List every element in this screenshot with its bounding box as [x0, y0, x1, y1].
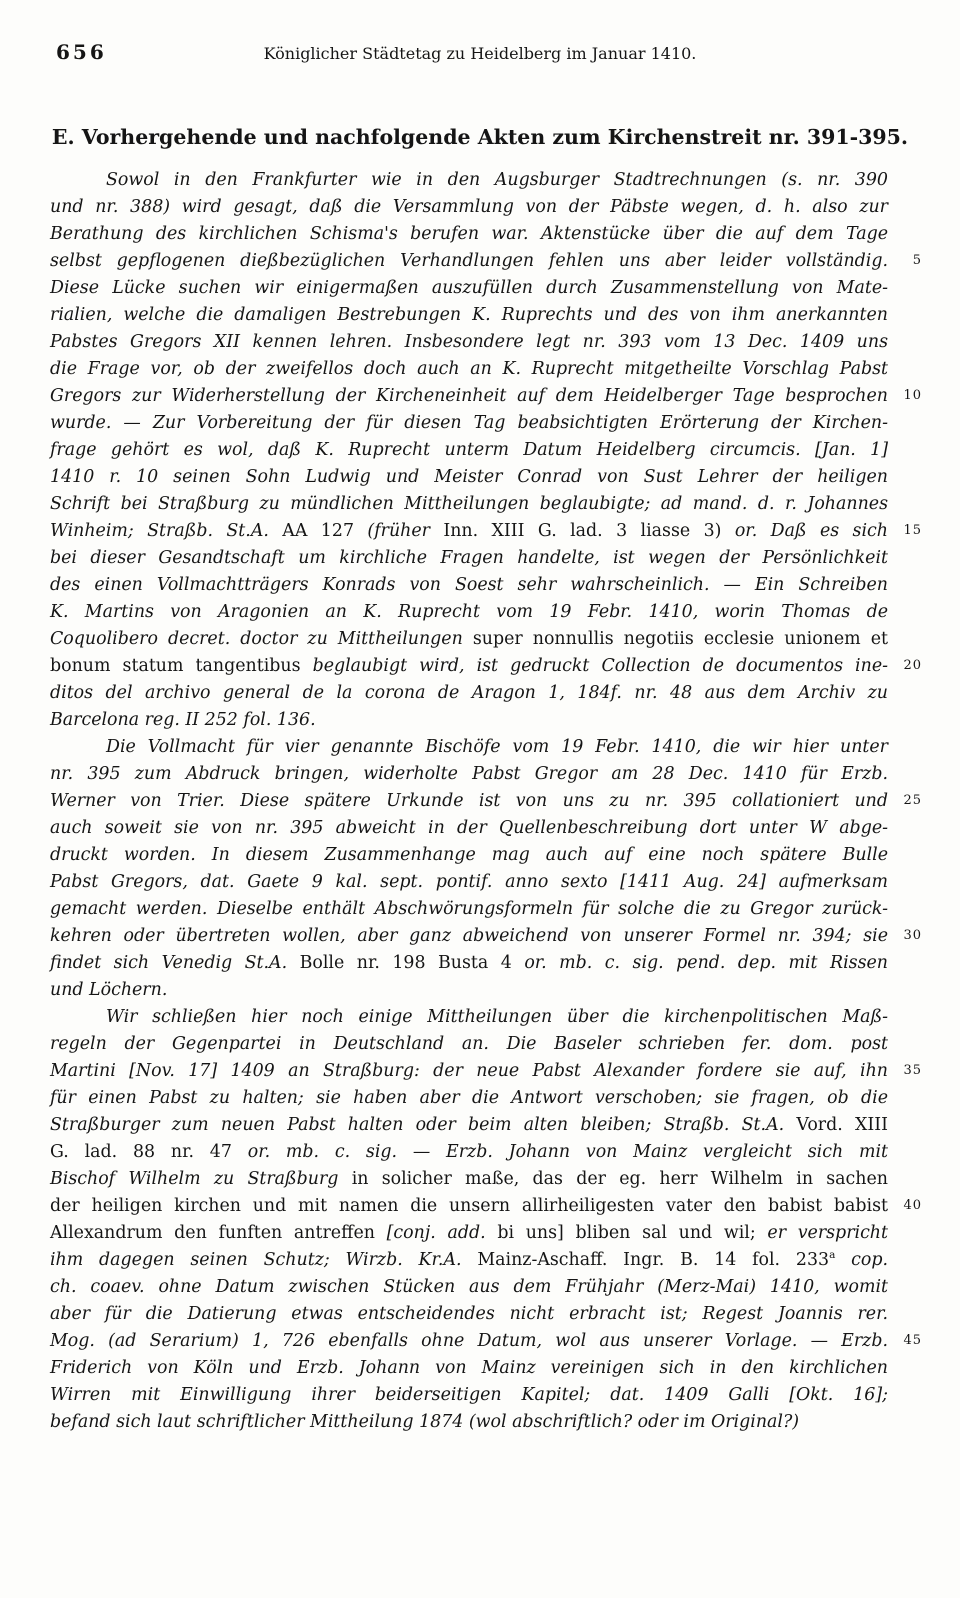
text-line: und nr. 388) wird gesagt, daß die Versam… [50, 194, 888, 221]
text-line: Straßburger zum neuen Pabst halten oder … [50, 1112, 888, 1139]
line-number: 5 [913, 254, 922, 267]
text-segment: Winheim; Straßb. St.A. [50, 521, 282, 541]
text-segment: or. mb. c. sig. — Erzb. Johann von Mainz… [248, 1142, 888, 1162]
text-segment: die Frage vor, ob der zweifellos doch au… [50, 359, 888, 379]
text-segment: Vord. XIII [796, 1115, 888, 1135]
text-line: aber für die Datierung etwas entscheiden… [50, 1301, 888, 1328]
text-line: bonum statum tangentibus beglaubigt wird… [50, 653, 888, 680]
text-segment: ditos del archivo general de la corona d… [50, 683, 888, 703]
line-number: 35 [903, 1064, 922, 1077]
text-segment: der heiligen kirchen und mit namen die u… [50, 1196, 888, 1216]
text-segment: findet sich Venedig St.A. [50, 953, 300, 973]
text-line: Winheim; Straßb. St.A. AA 127 (früher In… [50, 518, 888, 545]
text-segment: Diese Lücke suchen wir einigermaßen ausz… [50, 278, 888, 298]
text-segment: frage gehört es wol, daß K. Ruprecht unt… [50, 440, 888, 460]
running-head: Königlicher Städtetag zu Heidelberg im J… [0, 44, 960, 63]
text-line: frage gehört es wol, daß K. Ruprecht unt… [50, 437, 888, 464]
text-line: auch soweit sie von nr. 395 abweicht in … [50, 815, 888, 842]
text-line: befand sich laut schriftlicher Mittheilu… [50, 1409, 888, 1436]
text-line: Coquolibero decret. doctor zu Mittheilun… [50, 626, 888, 653]
text-line: bei dieser Gesandtschaft um kirchliche F… [50, 545, 888, 572]
text-line: ch. coaev. ohne Datum zwischen Stücken a… [50, 1274, 888, 1301]
text-line: regeln der Gegenpartei in Deutschland an… [50, 1031, 888, 1058]
text-segment: Pabstes Gregors XII kennen lehren. Insbe… [50, 332, 888, 352]
text-line: Mog. (ad Serarium) 1, 726 ebenfalls ohne… [50, 1328, 888, 1355]
text-segment: cop. [835, 1250, 888, 1270]
text-line: und Löchern. [50, 977, 888, 1004]
text-line: Friderich von Köln und Erzb. Johann von … [50, 1355, 888, 1382]
text-segment: Berathung des kirchlichen Schisma's beru… [50, 224, 888, 244]
book-page: 656 Königlicher Städtetag zu Heidelberg … [0, 0, 960, 1598]
text-segment: Allexandrum den funften antreffen [50, 1223, 387, 1243]
text-segment: 1410 r. 10 seinen Sohn Ludwig und Meiste… [50, 467, 888, 487]
text-segment: ihm dagegen seinen Schutz; Wirzb. Kr.A. [50, 1250, 477, 1270]
text-segment: und Löchern. [50, 980, 167, 1000]
text-line: des einen Vollmachtträgers Konrads von S… [50, 572, 888, 599]
text-block: Sowol in den Frankfurter wie in den Augs… [50, 167, 888, 1436]
text-segment: wurde. — Zur Vorbereitung der für diesen… [50, 413, 888, 433]
text-line: die Frage vor, ob der zweifellos doch au… [50, 356, 888, 383]
text-segment: bi uns] bliben sal und wil; [497, 1223, 767, 1243]
text-segment: beglaubigt wird, ist gedruckt Collection… [313, 656, 888, 676]
text-segment: rialien, welche die damaligen Bestrebung… [50, 305, 888, 325]
text-line: G. lad. 88 nr. 47 or. mb. c. sig. — Erzb… [50, 1139, 888, 1166]
text-segment: befand sich laut schriftlicher Mittheilu… [50, 1412, 799, 1432]
text-segment: G. lad. 88 nr. 47 [50, 1142, 248, 1162]
text-line: rialien, welche die damaligen Bestrebung… [50, 302, 888, 329]
text-line: Werner von Trier. Diese spätere Urkunde … [50, 788, 888, 815]
text-segment: bei dieser Gesandtschaft um kirchliche F… [50, 548, 888, 568]
text-line: für einen Pabst zu halten; sie haben abe… [50, 1085, 888, 1112]
line-number: 15 [903, 524, 922, 537]
text-line: wurde. — Zur Vorbereitung der für diesen… [50, 410, 888, 437]
text-segment: Sowol in den Frankfurter wie in den Augs… [106, 170, 888, 190]
text-line: der heiligen kirchen und mit namen die u… [50, 1193, 888, 1220]
text-segment: Schrift bei Straßburg zu mündlichen Mitt… [50, 494, 888, 514]
text-segment: Wir schließen hier noch einige Mittheilu… [106, 1007, 888, 1027]
text-line: Wirren mit Einwilligung ihrer beiderseit… [50, 1382, 888, 1409]
text-segment: or. mb. c. sig. pend. dep. mit Rissen [524, 953, 888, 973]
text-segment: für einen Pabst zu halten; sie haben abe… [50, 1088, 888, 1108]
text-line: Bischof Wilhelm zu Straßburg in solicher… [50, 1166, 888, 1193]
section-heading: E. Vorhergehende und nachfolgende Akten … [0, 125, 960, 149]
text-segment: ch. coaev. ohne Datum zwischen Stücken a… [50, 1277, 888, 1297]
text-line: Berathung des kirchlichen Schisma's beru… [50, 221, 888, 248]
text-segment: nr. 395 zum Abdruck bringen, widerholte … [50, 764, 888, 784]
text-segment: des einen Vollmachtträgers Konrads von S… [50, 575, 888, 595]
text-segment: or. Daß es sich [735, 521, 888, 541]
text-segment: auch soweit sie von nr. 395 abweicht in … [50, 818, 888, 838]
text-segment: in solicher maße, das der eg. herr Wilhe… [352, 1169, 888, 1189]
text-segment: Straßburger zum neuen Pabst halten oder … [50, 1115, 796, 1135]
text-line: selbst gepflogenen dießbezüglichen Verha… [50, 248, 888, 275]
text-segment: Pabst Gregors, dat. Gaete 9 kal. sept. p… [50, 872, 888, 892]
text-segment: (früher [367, 521, 443, 541]
text-line: 1410 r. 10 seinen Sohn Ludwig und Meiste… [50, 464, 888, 491]
text-line: Barcelona reg. II 252 fol. 136. [50, 707, 888, 734]
text-segment: Friderich von Köln und Erzb. Johann von … [50, 1358, 888, 1378]
text-line: Pabst Gregors, dat. Gaete 9 kal. sept. p… [50, 869, 888, 896]
text-line: kehren oder übertreten wollen, aber ganz… [50, 923, 888, 950]
text-segment: Barcelona reg. II 252 fol. 136. [50, 710, 316, 730]
text-segment: er verspricht [767, 1223, 888, 1243]
text-segment: Die Vollmacht für vier genannte Bischöfe… [106, 737, 888, 757]
text-segment: Werner von Trier. Diese spätere Urkunde … [50, 791, 888, 811]
line-number: 40 [903, 1199, 922, 1212]
text-line: Allexandrum den funften antreffen [conj.… [50, 1220, 888, 1247]
text-segment: Gregors zur Widerherstellung der Kirchen… [50, 386, 888, 406]
text-line: Wir schließen hier noch einige Mittheilu… [50, 1004, 888, 1031]
text-segment: bonum statum tangentibus [50, 656, 313, 676]
text-segment: gemacht werden. Dieselbe enthält Abschwö… [50, 899, 888, 919]
text-segment: Bolle nr. 198 Busta 4 [300, 953, 525, 973]
text-segment: aber für die Datierung etwas entscheiden… [50, 1304, 888, 1324]
text-segment: Bischof Wilhelm zu Straßburg [50, 1169, 352, 1189]
text-segment: Inn. XIII G. lad. 3 liasse 3) [443, 521, 734, 541]
text-segment: regeln der Gegenpartei in Deutschland an… [50, 1034, 888, 1054]
text-line: Schrift bei Straßburg zu mündlichen Mitt… [50, 491, 888, 518]
text-segment: Martini [Nov. 17] 1409 an Straßburg: der… [50, 1061, 888, 1081]
text-line: gemacht werden. Dieselbe enthält Abschwö… [50, 896, 888, 923]
text-line: ditos del archivo general de la corona d… [50, 680, 888, 707]
text-segment: K. Martins von Aragonien an K. Ruprecht … [50, 602, 888, 622]
text-segment: [conj. add. [387, 1223, 498, 1243]
text-line: nr. 395 zum Abdruck bringen, widerholte … [50, 761, 888, 788]
text-segment: und nr. 388) wird gesagt, daß die Versam… [50, 197, 888, 217]
line-number: 30 [903, 929, 922, 942]
text-line: Pabstes Gregors XII kennen lehren. Insbe… [50, 329, 888, 356]
text-segment: Mog. (ad Serarium) 1, 726 ebenfalls ohne… [50, 1331, 888, 1351]
text-line: ihm dagegen seinen Schutz; Wirzb. Kr.A. … [50, 1247, 888, 1274]
line-number: 25 [903, 794, 922, 807]
line-number: 10 [903, 389, 922, 402]
text-segment: kehren oder übertreten wollen, aber ganz… [50, 926, 888, 946]
text-line: Sowol in den Frankfurter wie in den Augs… [50, 167, 888, 194]
line-number: 20 [903, 659, 922, 672]
text-line: findet sich Venedig St.A. Bolle nr. 198 … [50, 950, 888, 977]
text-line: Die Vollmacht für vier genannte Bischöfe… [50, 734, 888, 761]
text-segment: Wirren mit Einwilligung ihrer beiderseit… [50, 1385, 888, 1405]
text-line: Martini [Nov. 17] 1409 an Straßburg: der… [50, 1058, 888, 1085]
text-line: Gregors zur Widerherstellung der Kirchen… [50, 383, 888, 410]
text-segment: Coquolibero decret. doctor zu Mittheilun… [50, 629, 473, 649]
text-line: druckt worden. In diesem Zusammenhange m… [50, 842, 888, 869]
text-segment: selbst gepflogenen dießbezüglichen Verha… [50, 251, 888, 271]
text-segment: druckt worden. In diesem Zusammenhange m… [50, 845, 888, 865]
text-segment: super nonnullis negotiis ecclesie unione… [473, 629, 888, 649]
text-segment: Mainz-Aschaff. Ingr. B. 14 fol. 233 [477, 1250, 829, 1270]
text-line: K. Martins von Aragonien an K. Ruprecht … [50, 599, 888, 626]
text-line: Diese Lücke suchen wir einigermaßen ausz… [50, 275, 888, 302]
line-number: 45 [903, 1334, 922, 1347]
text-segment: AA 127 [282, 521, 367, 541]
